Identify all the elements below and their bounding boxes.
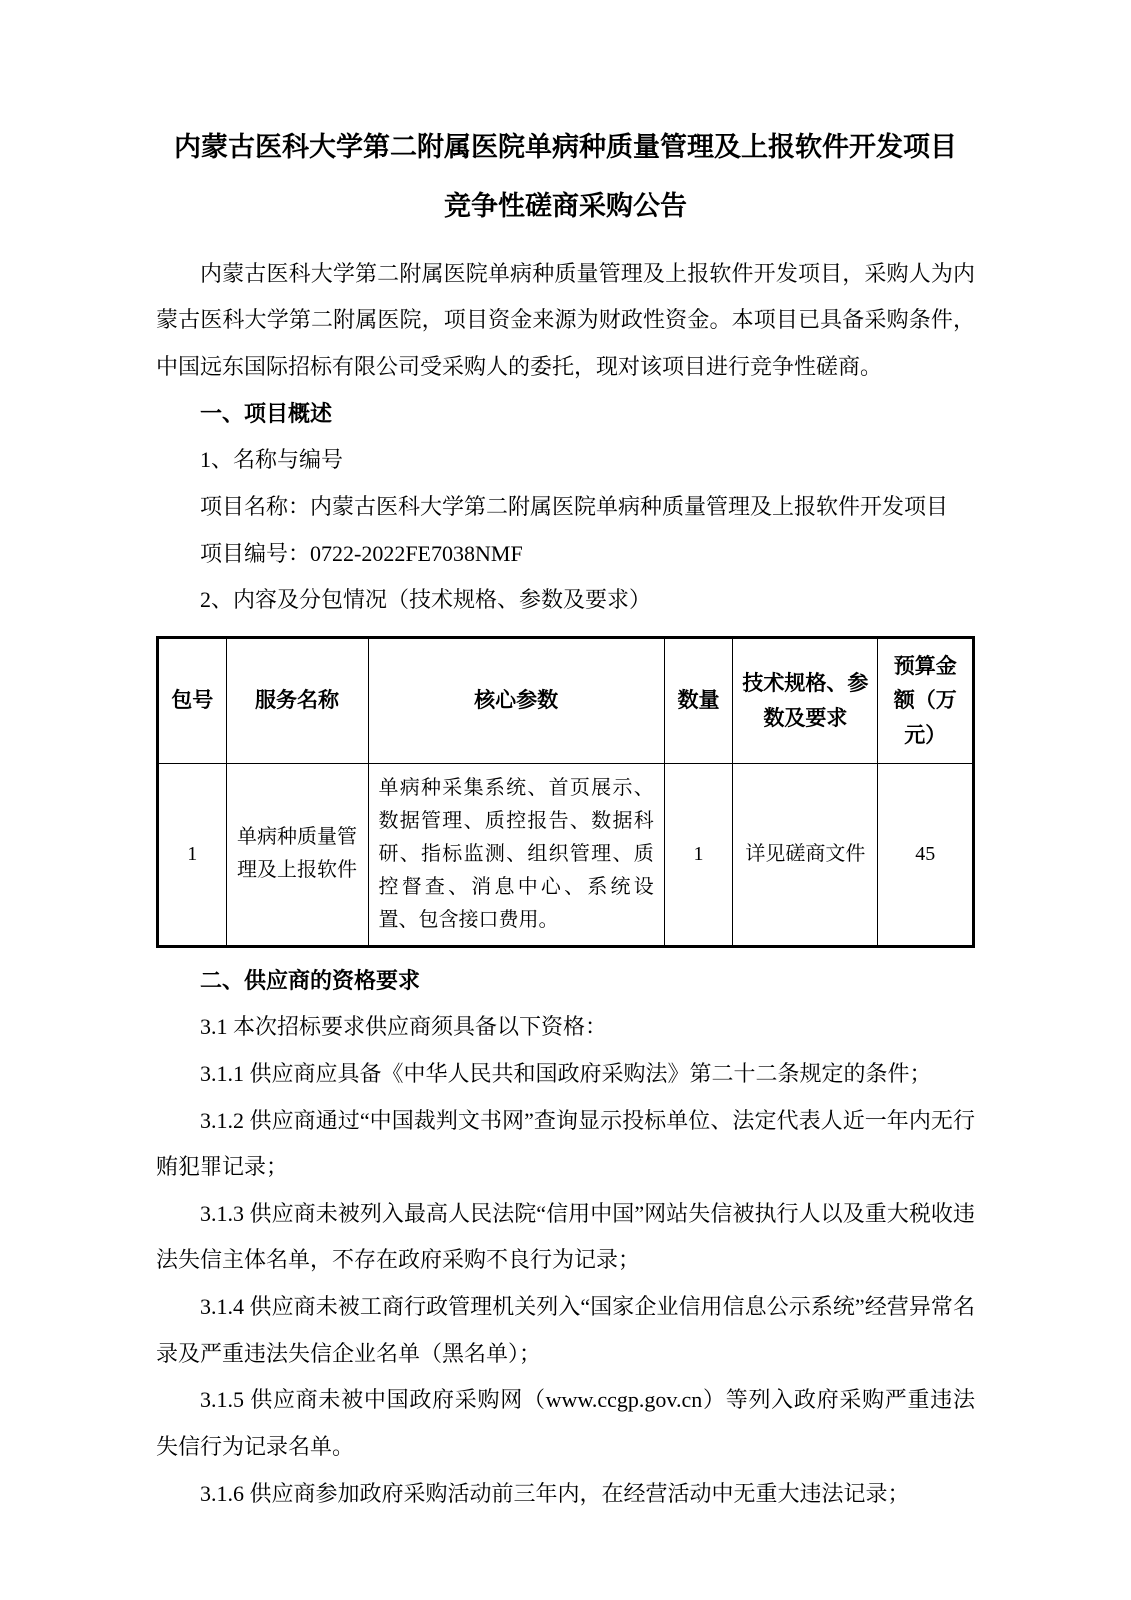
document-body: 内蒙古医科大学第二附属医院单病种质量管理及上报软件开发项目，采购人为内蒙古医科大… <box>156 251 975 1517</box>
header-quantity: 数量 <box>664 637 733 763</box>
requirement-item-3-1-1: 3.1.1 供应商应具备《中华人民共和国政府采购法》第二十二条规定的条件； <box>156 1051 975 1098</box>
header-tech-spec: 技术规格、参数及要求 <box>733 637 878 763</box>
cell-budget: 45 <box>878 763 974 946</box>
header-budget: 预算金额（万元） <box>878 637 974 763</box>
requirement-item-3-1-3: 3.1.3 供应商未被列入最高人民法院“信用中国”网站失信被执行人以及重大税收违… <box>156 1191 975 1284</box>
header-service-name: 服务名称 <box>226 637 368 763</box>
page-title-line1: 内蒙古医科大学第二附属医院单病种质量管理及上报软件开发项目 <box>174 132 957 162</box>
section1-sub2: 2、内容及分包情况（技术规格、参数及要求） <box>156 577 975 624</box>
cell-service-name: 单病种质量管理及上报软件 <box>226 763 368 946</box>
cell-quantity: 1 <box>664 763 733 946</box>
page-title: 内蒙古医科大学第二附属医院单病种质量管理及上报软件开发项目 竞争性磋商采购公告 <box>156 118 975 237</box>
package-table: 包号 服务名称 核心参数 数量 技术规格、参数及要求 预算金额（万元） 1 单病… <box>156 636 975 948</box>
section1-heading: 一、项目概述 <box>156 391 975 438</box>
header-package-no: 包号 <box>158 637 227 763</box>
project-number: 项目编号：0722-2022FE7038NMF <box>156 531 975 578</box>
cell-package-no: 1 <box>158 763 227 946</box>
requirement-item-3-1-2: 3.1.2 供应商通过“中国裁判文书网”查询显示投标单位、法定代表人近一年内无行… <box>156 1098 975 1191</box>
cell-core-params: 单病种采集系统、首页展示、数据管理、质控报告、数据科研、指标监测、组织管理、质控… <box>368 763 664 946</box>
document-page: 内蒙古医科大学第二附属医院单病种质量管理及上报软件开发项目 竞争性磋商采购公告 … <box>0 0 1131 1600</box>
cell-tech-spec: 详见磋商文件 <box>733 763 878 946</box>
table-row: 1 单病种质量管理及上报软件 单病种采集系统、首页展示、数据管理、质控报告、数据… <box>158 763 974 946</box>
section1-sub1: 1、名称与编号 <box>156 437 975 484</box>
page-title-line2: 竞争性磋商采购公告 <box>444 191 687 221</box>
section2-heading: 二、供应商的资格要求 <box>156 958 975 1005</box>
requirement-item-3-1-6: 3.1.6 供应商参加政府采购活动前三年内，在经营活动中无重大违法记录； <box>156 1471 975 1518</box>
intro-paragraph: 内蒙古医科大学第二附属医院单病种质量管理及上报软件开发项目，采购人为内蒙古医科大… <box>156 251 975 391</box>
header-core-params: 核心参数 <box>368 637 664 763</box>
project-name: 项目名称：内蒙古医科大学第二附属医院单病种质量管理及上报软件开发项目 <box>156 484 975 531</box>
requirement-item-3-1-4: 3.1.4 供应商未被工商行政管理机关列入“国家企业信用信息公示系统”经营异常名… <box>156 1284 975 1377</box>
table-header-row: 包号 服务名称 核心参数 数量 技术规格、参数及要求 预算金额（万元） <box>158 637 974 763</box>
requirement-item-3-1: 3.1 本次招标要求供应商须具备以下资格： <box>156 1004 975 1051</box>
requirement-item-3-1-5: 3.1.5 供应商未被中国政府采购网（www.ccgp.gov.cn）等列入政府… <box>156 1377 975 1470</box>
